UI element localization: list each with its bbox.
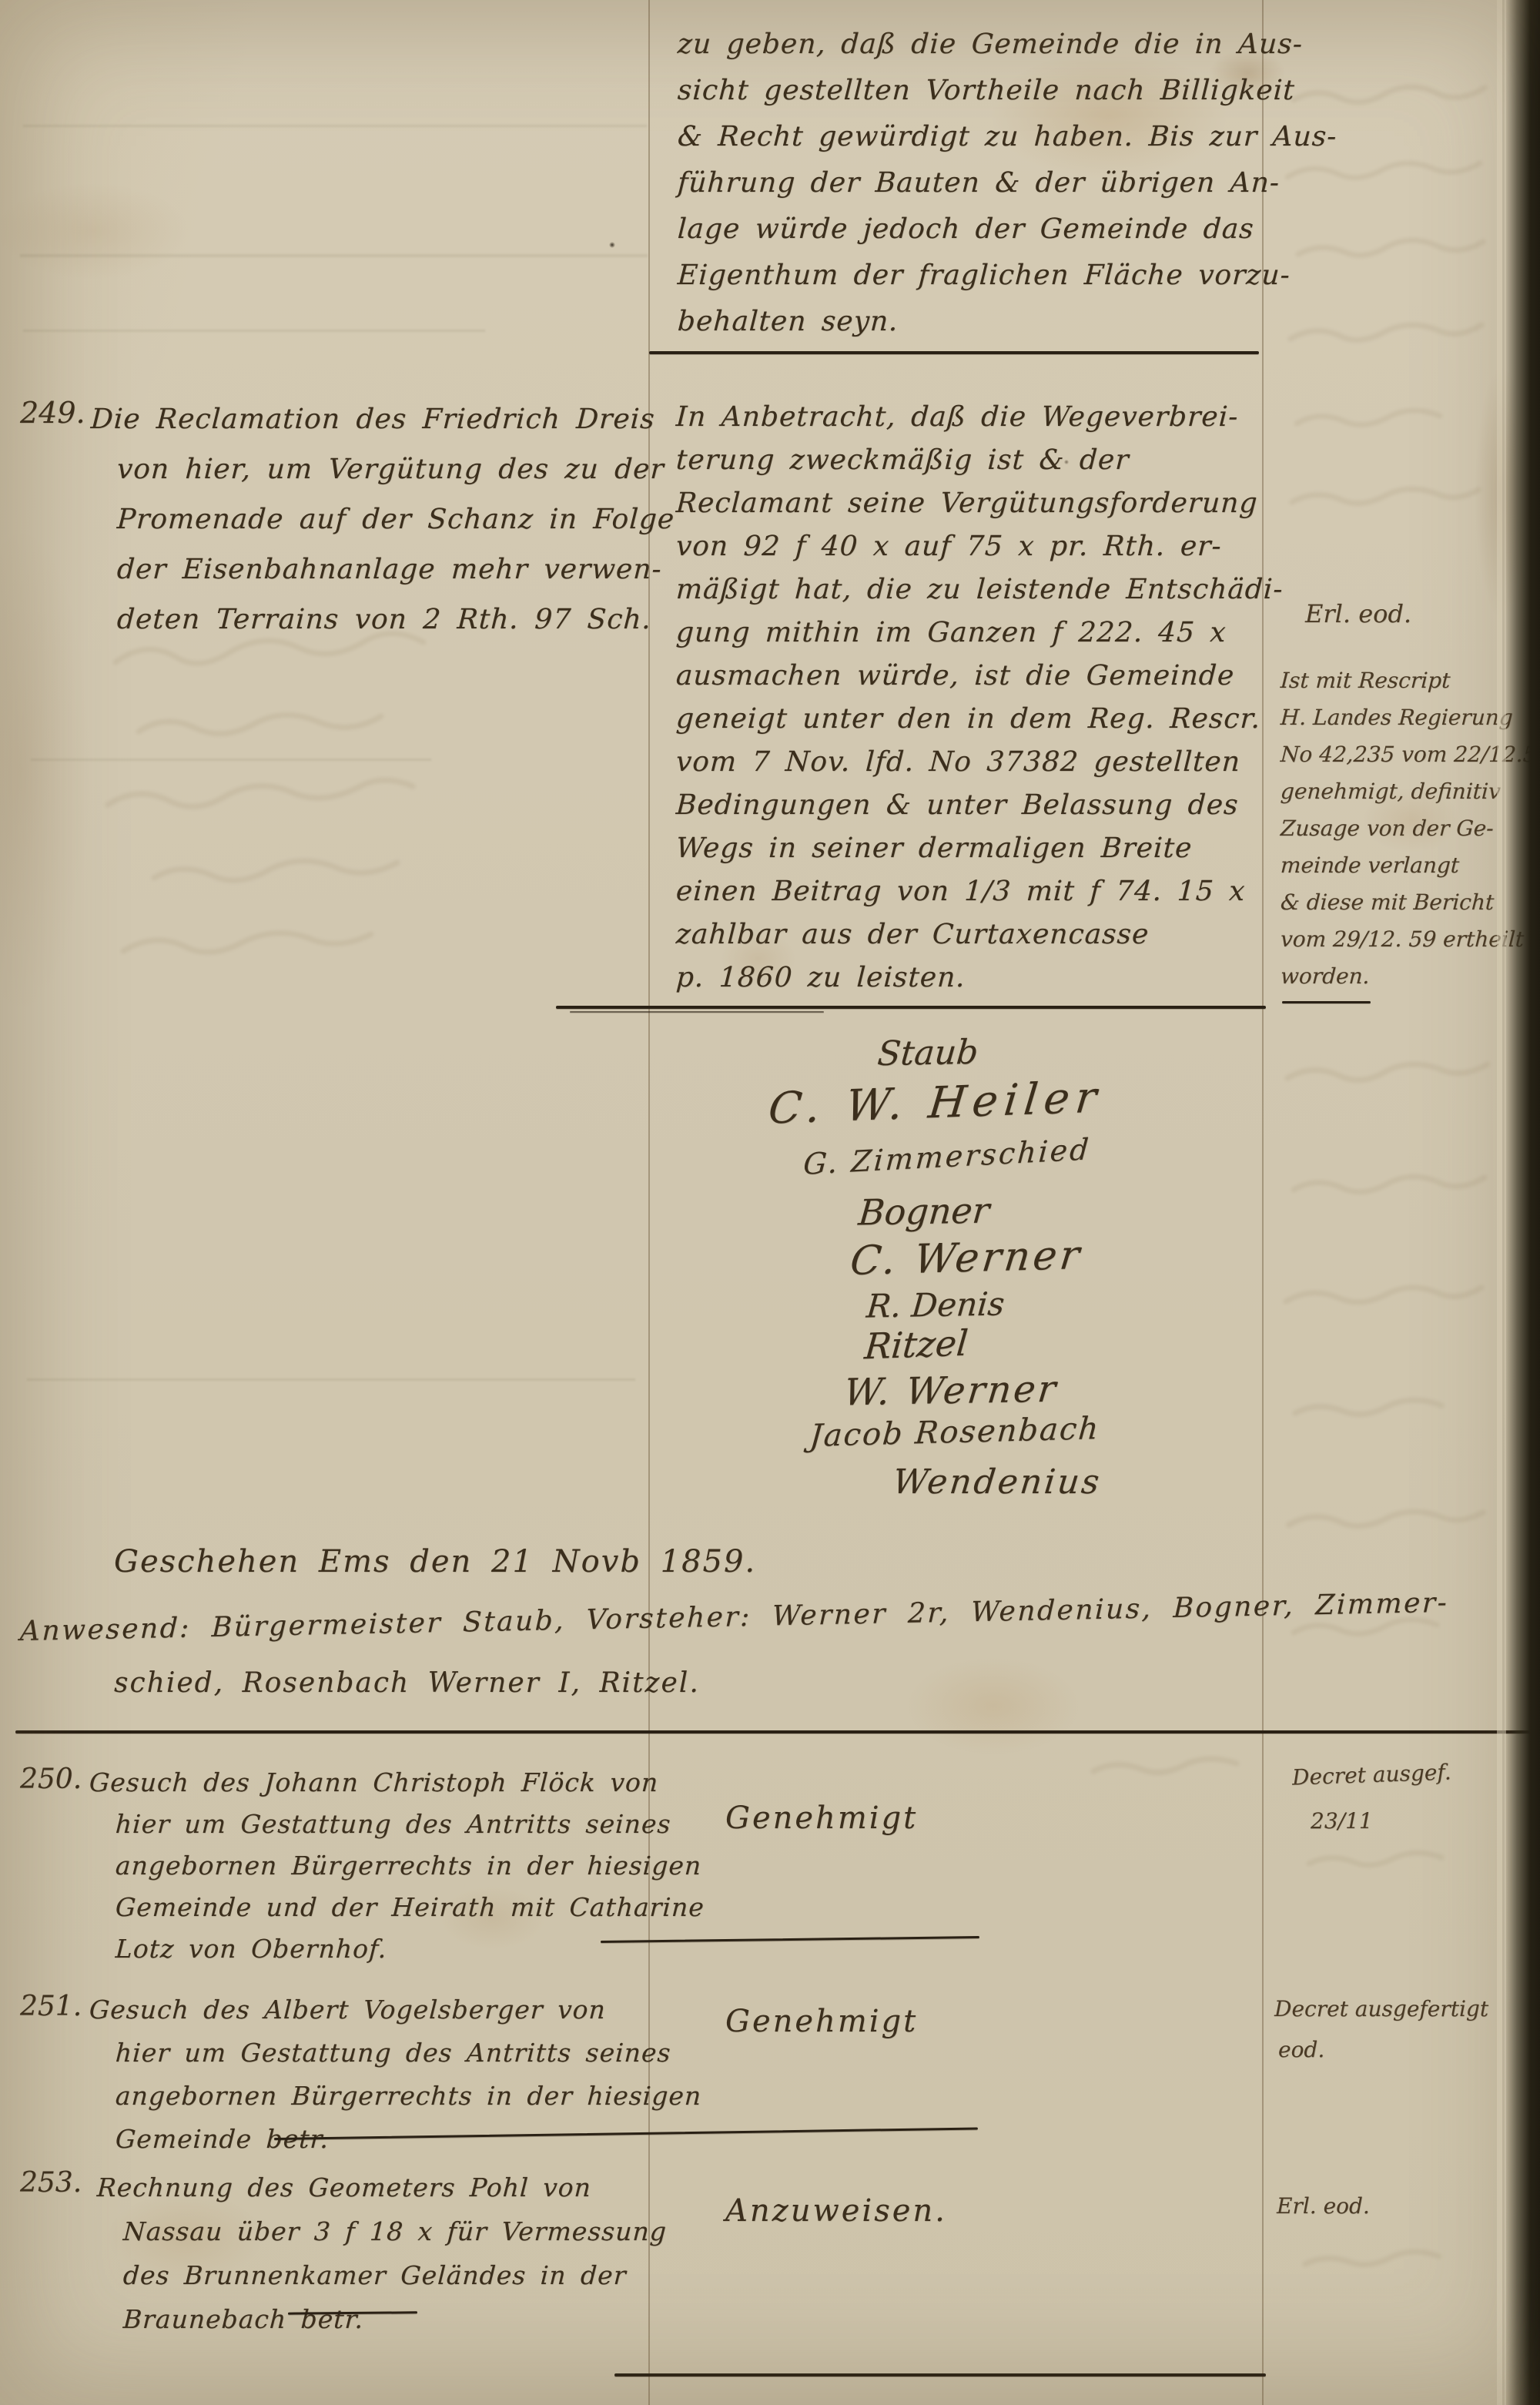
entry-250-subject: Gesuch des Johann Christoph Flöck vonhie… [89, 1762, 682, 1970]
margin-dash-rule [1282, 1001, 1371, 1003]
entry-249-decision: In Anbetracht, daß die Wegeverbrei-terun… [676, 396, 1284, 1000]
handwritten-line: Eigenthum der fraglichen Fläche vorzu- [676, 253, 1294, 299]
signature: Jacob Rosenbach [808, 1411, 1101, 1454]
handwritten-line: Braunebach betr. [122, 2297, 691, 2341]
handwritten-line: behalten seyn. [676, 299, 1294, 345]
handwritten-line: des Brunnenkamer Geländes in der [122, 2253, 691, 2297]
handwritten-line: der Eisenbahnanlage mehr verwen- [115, 544, 669, 595]
entry-253-decision: Anzuweisen. [725, 2193, 947, 2229]
entry-248-continuation: zu geben, daß die Gemeinde die in Aus-si… [678, 22, 1294, 345]
handwritten-line: Gemeinde betr. [115, 2118, 684, 2161]
handwritten-line: Gemeinde und der Heirath mit Catharine [115, 1887, 684, 1928]
page-bottom-rule [614, 2373, 1266, 2377]
signature: R. Denis [865, 1285, 1006, 1325]
paper-crease [23, 125, 647, 127]
handwritten-line: angebornen Bürgerrechts in der hiesigen [115, 1845, 684, 1887]
handwritten-line: von hier, um Vergütung des zu der [115, 444, 669, 494]
handwritten-line: Bedingungen & unter Belassung des [675, 784, 1286, 827]
signature: Ritzel [863, 1322, 970, 1368]
attendance-line: Anwesend: Bürgermeister Staub, Vorsteher… [19, 1587, 1449, 1647]
entry-250-margin-note: Decret ausgef. [1291, 1759, 1451, 1790]
closing-date-line: Geschehen Ems den 21 Novb 1859. [114, 1544, 756, 1579]
entry-253-subject: Rechnung des Geometers Pohl vonNassau üb… [97, 2166, 690, 2341]
handwritten-line: Lotz von Obernhof. [115, 1928, 684, 1970]
entry-250-decision: Genehmigt [725, 1800, 918, 1836]
handwritten-line: Wegs in seiner dermaligen Breite [675, 827, 1286, 870]
paper-crease [20, 254, 648, 257]
handwritten-line: deten Terrains von 2 Rth. 97 Sch. [115, 595, 669, 645]
signature: C. Werner [848, 1232, 1085, 1285]
entry-251-number: 251. [20, 1991, 82, 2022]
signature: C. W. Heiler [766, 1072, 1105, 1134]
handwritten-line: In Anbetracht, daß die Wegeverbrei- [675, 396, 1286, 439]
entry-250-margin-date: 23/11 [1311, 1808, 1373, 1834]
handwritten-line: p. 1860 zu leisten. [675, 956, 1286, 1000]
entry-separator-rule [649, 351, 1259, 354]
entry-251-margin-date: eod. [1278, 2037, 1324, 2062]
entry-253-margin-disposal: Erl. eod. [1277, 2193, 1370, 2219]
section-separator-rule [15, 1730, 1534, 1733]
signature: G. Zimmerschied [802, 1132, 1092, 1181]
handwritten-line: einen Beitrag von 1/3 mit f 74. 15 x [675, 870, 1286, 913]
handwritten-line: terung zweckmäßig ist & der [675, 439, 1286, 482]
handwritten-line: Nassau über 3 f 18 x für Vermessung [122, 2209, 691, 2253]
handwritten-line: vom 7 Nov. lfd. No 37382 gestellten [675, 741, 1286, 784]
handwritten-line: gung mithin im Ganzen f 222. 45 x [675, 611, 1286, 655]
handwritten-line: Rechnung des Geometers Pohl von [96, 2166, 691, 2209]
entry-253-number: 253. [20, 2167, 82, 2199]
handwritten-line: hier um Gestattung des Antritts seines [115, 1804, 684, 1845]
column-rule-right [1262, 0, 1264, 2405]
handwritten-line: führung der Bauten & der übrigen An- [676, 160, 1294, 206]
handwritten-line: ausmachen würde, ist die Gemeinde [675, 655, 1286, 698]
entry-251-margin-note: Decret ausgefertigt [1274, 1996, 1488, 2021]
handwritten-line: sicht gestellten Vortheile nach Billigke… [676, 68, 1294, 114]
entry-separator-rule-echo [570, 1011, 824, 1013]
register-page: zu geben, daß die Gemeinde die in Aus-si… [0, 0, 1540, 2405]
handwritten-line: von 92 f 40 x auf 75 x pr. Rth. er- [675, 525, 1286, 568]
entry-250-number: 250. [20, 1764, 82, 1795]
handwritten-line: Reclamant seine Vergütungsforderung [675, 482, 1286, 525]
paper-crease [23, 330, 485, 332]
handwritten-line: & Recht gewürdigt zu haben. Bis zur Aus- [676, 114, 1294, 160]
entry-249-number: 249. [20, 396, 85, 430]
handwritten-line: zahlbar aus der Curtaxencasse [675, 913, 1286, 956]
signature: Staub [875, 1033, 979, 1074]
book-binding-edge [1505, 0, 1540, 2405]
signature: Bogner [857, 1189, 992, 1233]
handwritten-line: Gesuch des Albert Vogelsberger von [89, 1988, 684, 2032]
entry-249-subject: Die Reclamation des Friedrich Dreisvon h… [91, 394, 668, 645]
handwritten-line: Gesuch des Johann Christoph Flöck von [89, 1762, 684, 1804]
signature: Wendenius [891, 1462, 1103, 1502]
handwritten-line: hier um Gestattung des Antritts seines [115, 2032, 684, 2075]
handwritten-line: lage würde jedoch der Gemeinde das [676, 206, 1294, 253]
entry-249-margin-disposal: Erl. eod. [1305, 599, 1411, 628]
handwritten-line: geneigt unter den in dem Reg. Rescr. [675, 698, 1286, 741]
handwritten-line: Die Reclamation des Friedrich Dreis [89, 394, 669, 444]
paper-crease [27, 1378, 635, 1381]
handwritten-line: zu geben, daß die Gemeinde die in Aus- [676, 22, 1294, 68]
paper-crease [31, 759, 431, 761]
handwritten-line: Promenade auf der Schanz in Folge [115, 494, 669, 544]
attendance-line: schied, Rosenbach Werner I, Ritzel. [114, 1667, 700, 1699]
handwritten-line: angebornen Bürgerrechts in der hiesigen [115, 2075, 684, 2118]
entry-251-decision: Genehmigt [725, 2004, 918, 2039]
entry-separator-rule [556, 1006, 1266, 1009]
handwritten-line: mäßigt hat, die zu leistende Entschädi- [675, 568, 1286, 611]
signature: W. Werner [842, 1368, 1060, 1415]
